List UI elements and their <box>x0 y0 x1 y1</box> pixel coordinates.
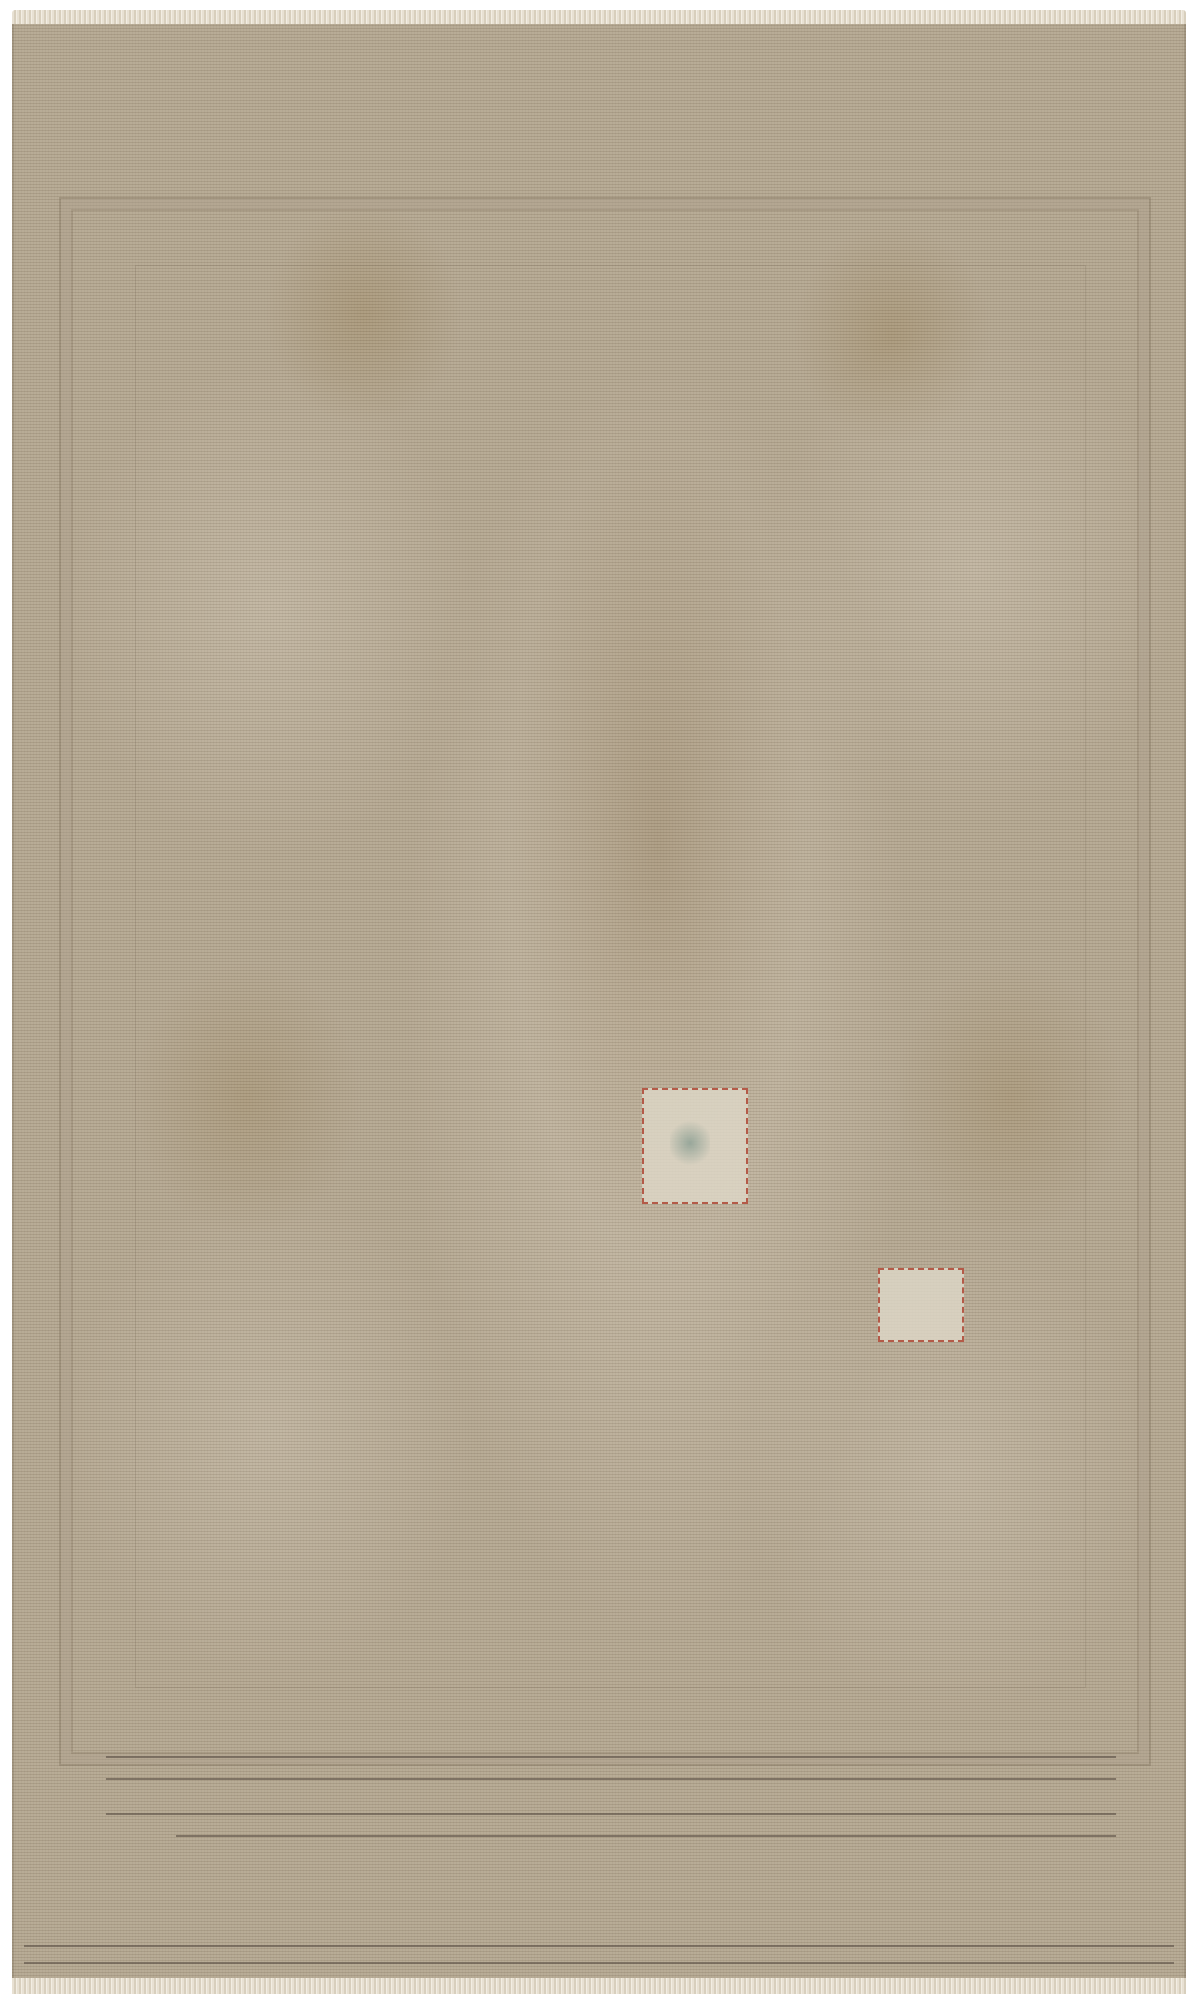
repair-patch-large: Repair patch large <box>642 1088 748 1204</box>
bottom-fringe <box>12 1978 1186 1994</box>
border-stripe <box>24 1962 1175 1964</box>
border-stripe <box>106 1756 1116 1758</box>
top-fringe <box>12 10 1186 24</box>
border-stripe <box>176 1835 1115 1837</box>
border-stripe <box>24 1945 1175 1947</box>
rug-field <box>135 265 1086 1687</box>
border-stripe <box>106 1778 1116 1780</box>
border-stripe <box>106 1813 1116 1815</box>
patch-tint <box>670 1118 711 1168</box>
repair-patch-small: Repair patch small <box>878 1268 964 1342</box>
rug: Repair patch large Repair patch small <box>12 20 1186 1982</box>
